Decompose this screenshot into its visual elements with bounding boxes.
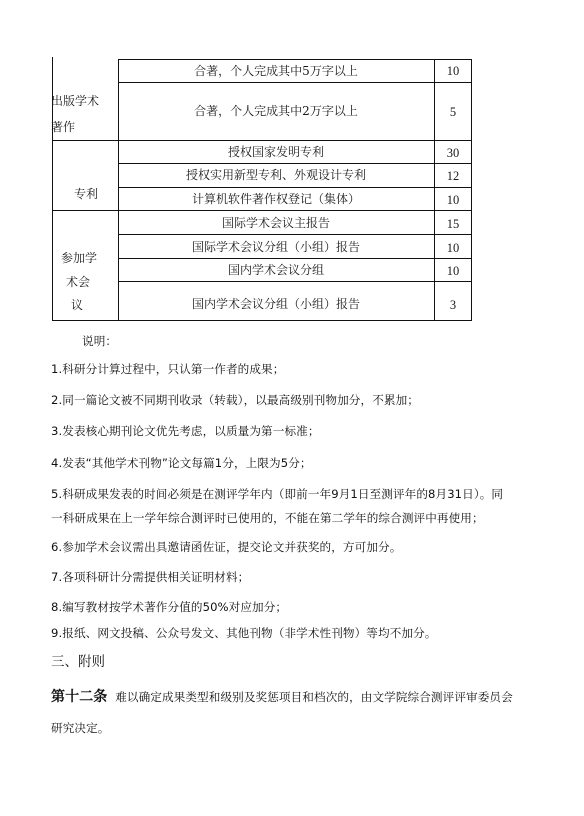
table-cell-score: 30 <box>447 146 460 160</box>
category-line: 议 <box>71 298 83 312</box>
table-row-line <box>118 281 472 282</box>
category-line: 出版学术 <box>51 94 99 108</box>
table-cell-score: 15 <box>447 217 460 231</box>
notes-title: 说明： <box>82 334 117 348</box>
table-cell-item: 授权国家发明专利 <box>228 145 324 159</box>
table-cell-score: 10 <box>447 64 460 78</box>
note-item: 6.参加学术会议需出具邀请函佐证，提交论文并获奖的，方可加分。 <box>51 540 401 554</box>
note-item: 8.编写教材按学术著作分值的50%对应加分； <box>51 600 287 614</box>
note-item: 9.报纸、网文投稿、公众号发文、其他刊物（非学术性刊物）等均不加分。 <box>51 626 436 640</box>
category-label-conference: 术会 <box>66 275 90 289</box>
table-cell-score: 10 <box>447 264 460 278</box>
table-cell-item: 国际学术会议主报告 <box>222 216 330 230</box>
table-row-line <box>118 234 472 235</box>
category-line: 术会 <box>66 275 90 289</box>
table-row-line <box>118 258 472 259</box>
category-label-patent: 专利 <box>74 187 98 201</box>
table-cell-item: 计算机软件著作权登记（集体） <box>192 192 360 206</box>
note-item: 一科研成果在上一学年综合测评时已使用的，不能在第二学年的综合测评中再使用； <box>51 511 484 525</box>
table-row-line <box>118 59 472 60</box>
article-12: 第十二条 难以确定成果类型和级别及奖惩项目和档次的，由文学院综合测评评审委员会 <box>51 690 513 704</box>
note-item: 7.各项科研计分需提供相关证明材料； <box>51 570 249 584</box>
table-cell-item: 授权实用新型专利、外观设计专利 <box>186 168 366 182</box>
table-cell-score: 5 <box>450 105 456 119</box>
table-cell-item: 国内学术会议分组（小组）报告 <box>192 297 360 311</box>
category-label-publication: 出版学术 著作 <box>51 94 99 134</box>
table-cell-item: 国际学术会议分组（小组）报告 <box>192 240 360 254</box>
article-label: 第十二条 <box>51 689 107 705</box>
category-line: 专利 <box>74 187 98 201</box>
table-cell-item: 国内学术会议分组 <box>228 263 324 277</box>
table-cell-score: 10 <box>447 241 460 255</box>
score-table: 出版学术 著作 合著，个人完成其中5万字以上 10 合著，个人完成其中2万字以上… <box>0 0 584 330</box>
table-row-line <box>118 187 472 188</box>
note-item: 5.科研成果发表的时间必须是在测评学年内（即前一年9月1日至测评年的8月31日）… <box>51 487 503 501</box>
note-item: 4.发表“其他学术刊物”论文每篇1分，上限为5分； <box>51 456 312 470</box>
table-border-bottom <box>52 320 472 321</box>
category-label-conference: 参加学 <box>61 251 97 265</box>
table-cell-score: 3 <box>450 298 456 312</box>
table-row-line <box>118 163 472 164</box>
table-row-line <box>118 82 472 83</box>
table-group-line <box>52 210 472 211</box>
note-item: 3.发表核心期刊论文优先考虑，以质量为第一标准； <box>51 424 320 438</box>
article-text-continued: 研究决定。 <box>51 721 109 735</box>
category-line: 著作 <box>51 120 99 134</box>
note-item: 2.同一篇论文被不同期刊收录（转载），以最高级别刊物加分，不累加； <box>51 393 419 407</box>
table-cell-score: 12 <box>447 169 460 183</box>
article-text: 难以确定成果类型和级别及奖惩项目和档次的，由文学院综合测评评审委员会 <box>115 690 513 704</box>
note-item: 1.科研分计算过程中，只认第一作者的成果； <box>51 362 284 376</box>
table-group-line <box>52 140 472 141</box>
table-cell-item: 合著，个人完成其中5万字以上 <box>194 64 358 78</box>
section-heading-appendix: 三、附则 <box>51 654 105 670</box>
document-page: 出版学术 著作 合著，个人完成其中5万字以上 10 合著，个人完成其中2万字以上… <box>0 0 584 816</box>
table-cell-item: 合著，个人完成其中2万字以上 <box>194 104 358 118</box>
table-cell-score: 10 <box>447 193 460 207</box>
category-line: 参加学 <box>61 251 97 265</box>
category-label-conference: 议 <box>71 298 83 312</box>
